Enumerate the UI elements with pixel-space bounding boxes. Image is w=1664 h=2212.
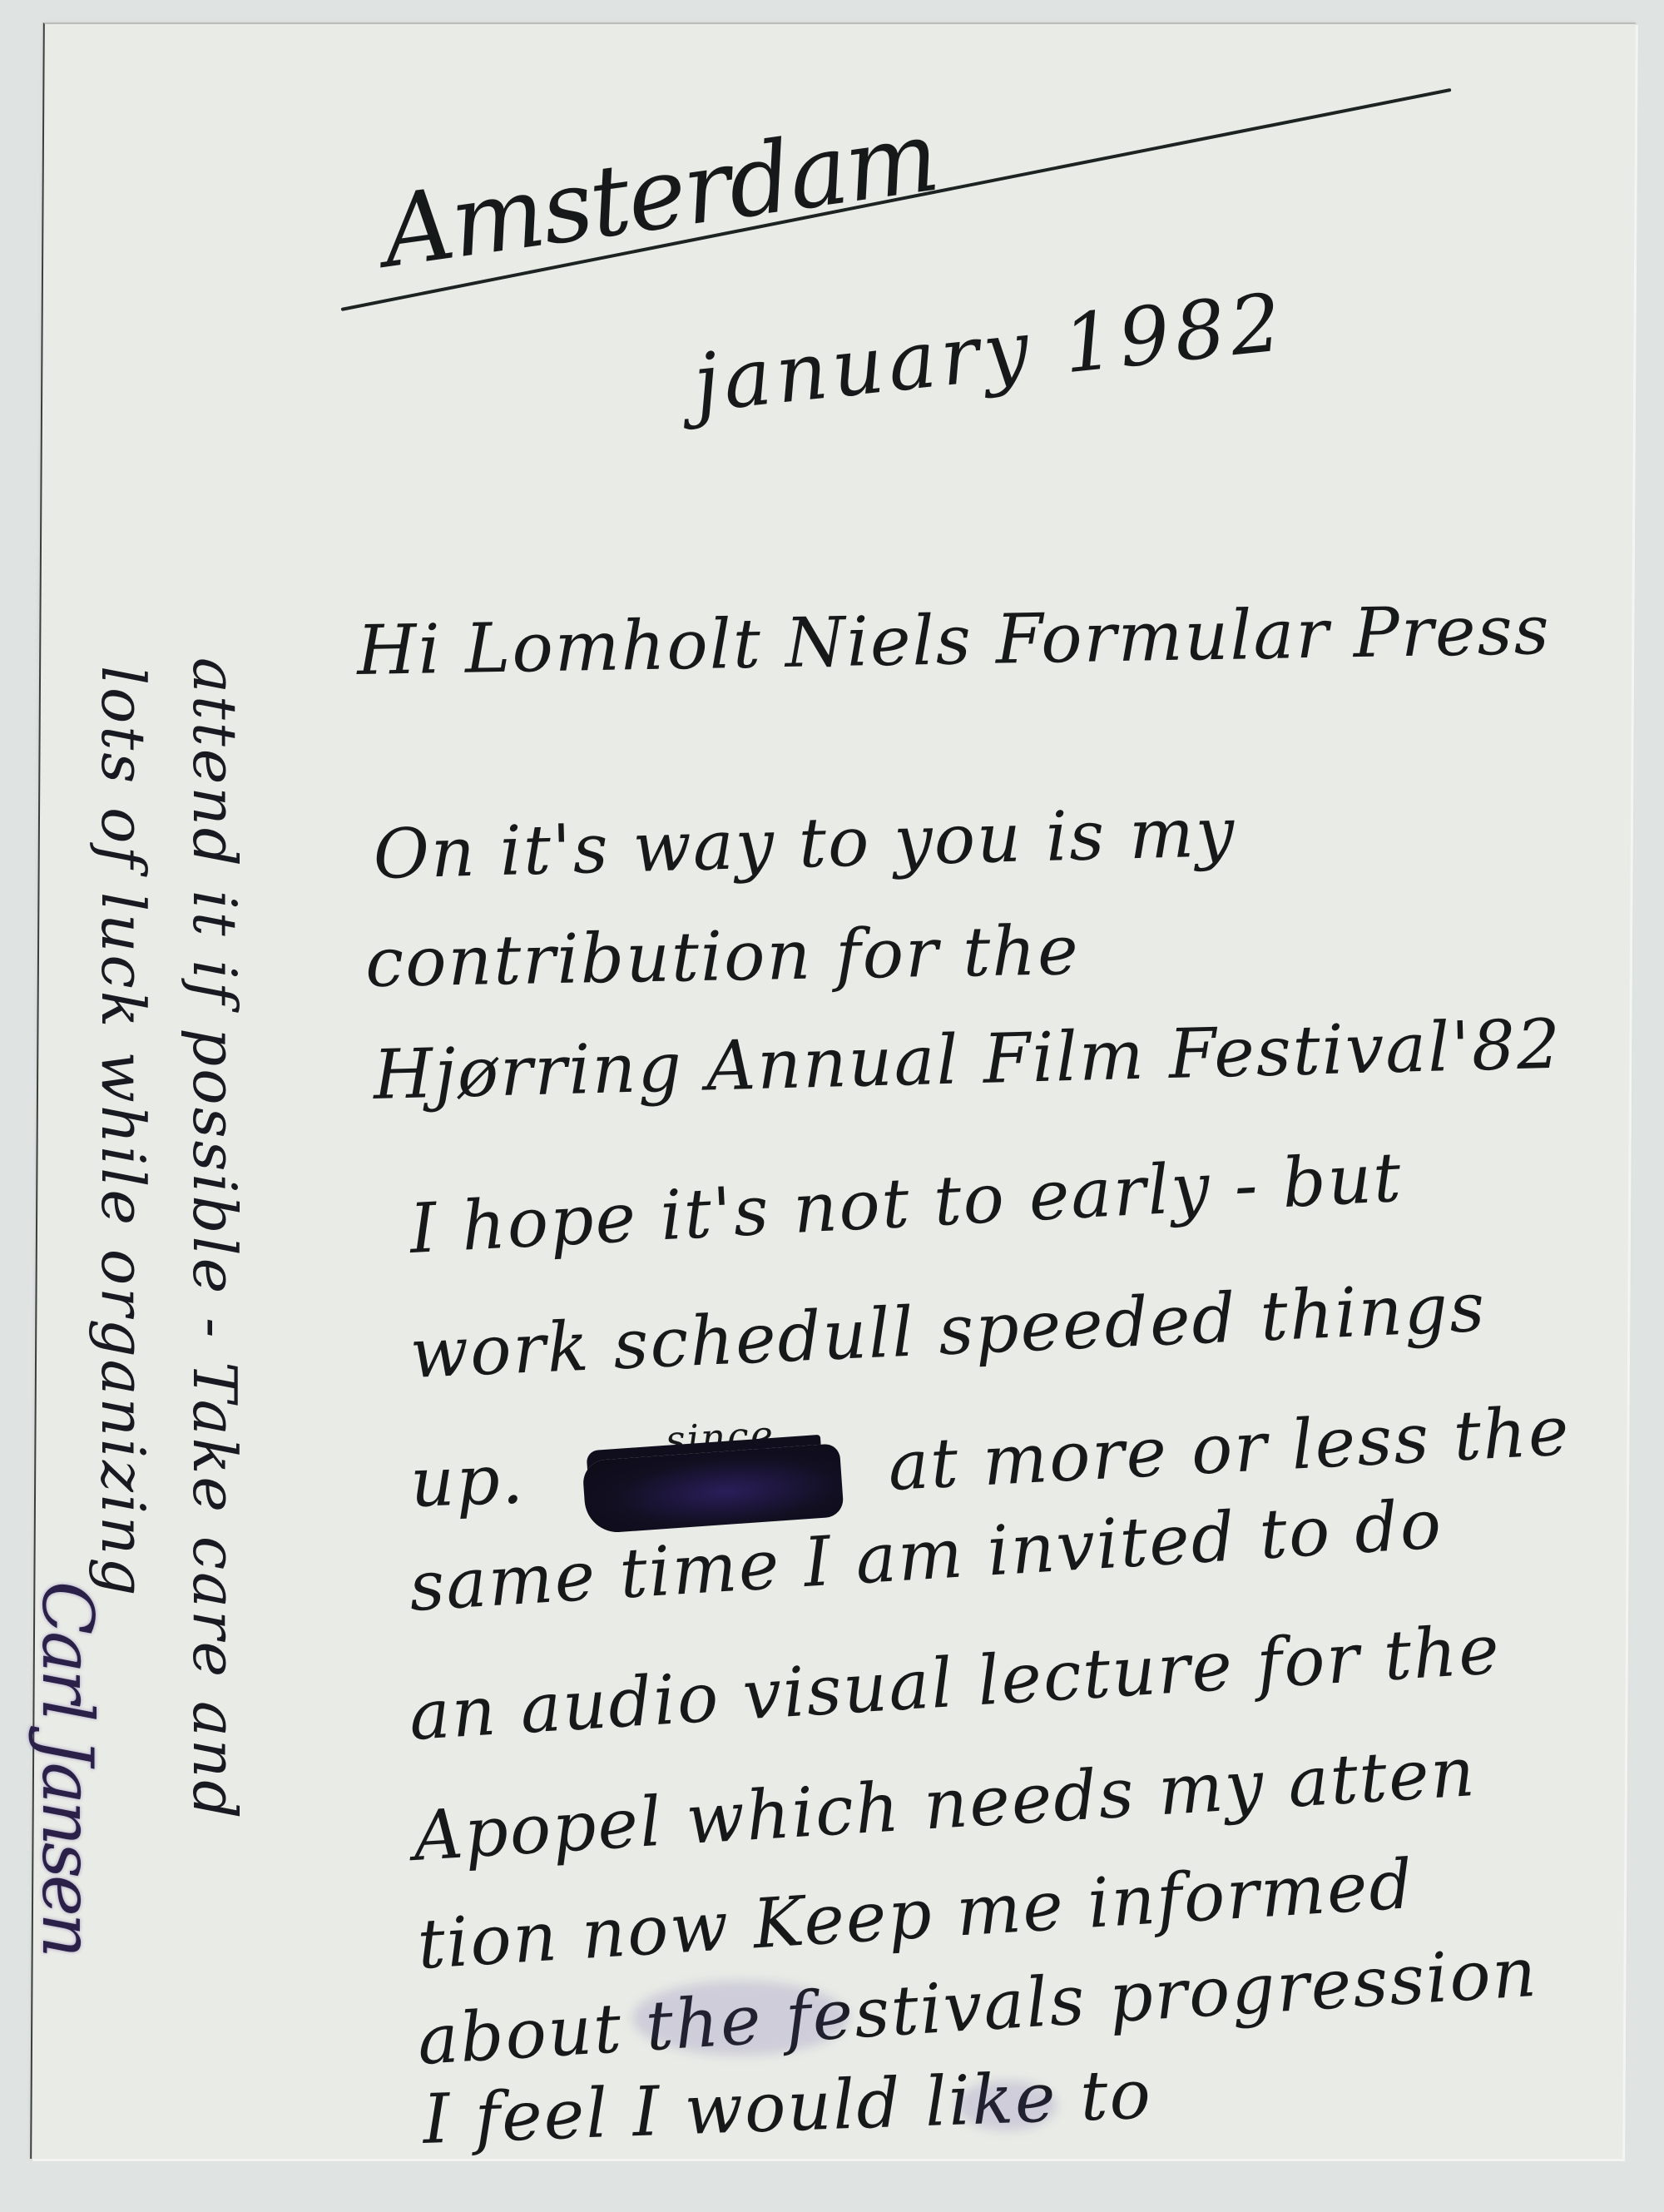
signature: Carl Jansen <box>27 1581 108 1955</box>
margin-note-line-1: attend it if possible - Take care and <box>180 657 250 1821</box>
letter-line: up. <box>409 1440 527 1523</box>
letter-line: contribution for the <box>364 911 1080 1003</box>
margin-note-line-2: lots of luck while organizing <box>88 666 158 1598</box>
ink-smudge <box>632 1981 849 2056</box>
ink-smudge <box>957 2081 1057 2130</box>
